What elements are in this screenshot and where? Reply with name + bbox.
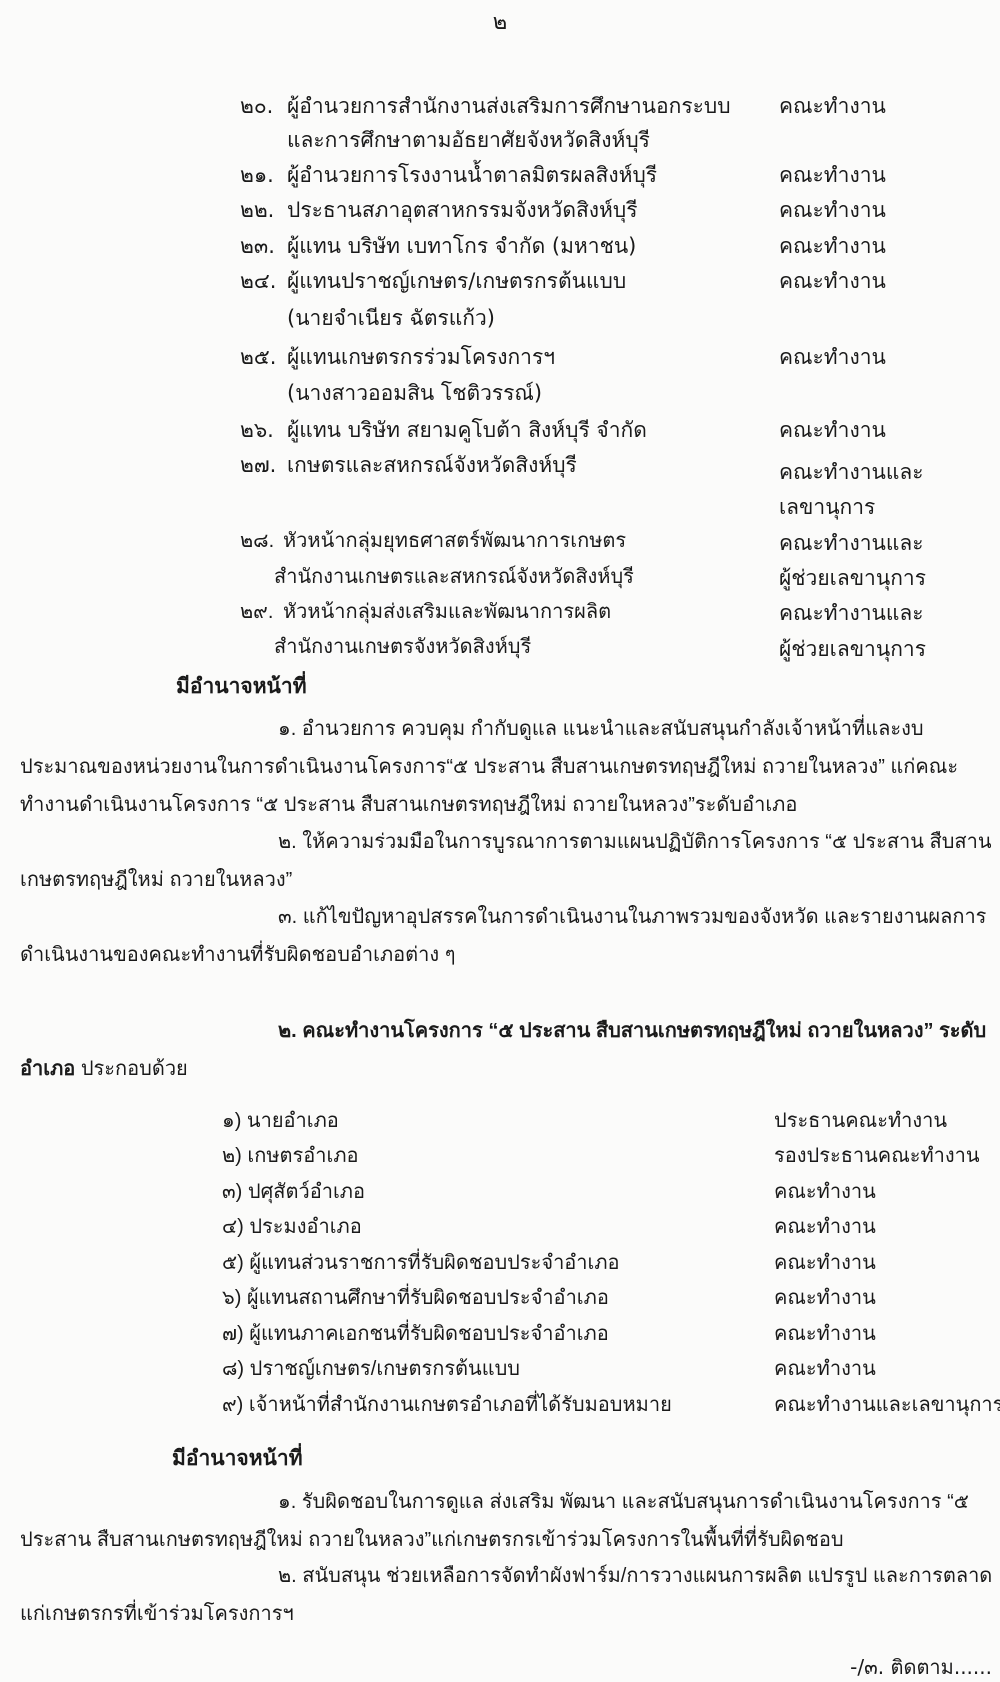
list-item: ๒๔. [240, 266, 276, 296]
role-text: คณะทำงาน [779, 266, 886, 296]
list-item: ๒๓. [240, 231, 275, 261]
role-text: คณะทำงาน [774, 1354, 876, 1384]
list-item: ๒๕. [240, 342, 276, 372]
role-text: คณะทำงาน [779, 91, 886, 121]
list-item: ๒๗. [240, 450, 276, 480]
role-text: คณะทำงาน [779, 160, 886, 190]
role-text: คณะทำงาน [774, 1212, 876, 1242]
role-text: คณะทำงาน [779, 415, 886, 445]
list-item: ๒๑. [240, 160, 274, 190]
list-item: ๒๐. [240, 91, 273, 121]
paragraph: ๒. ให้ความร่วมมือในการบูรณาการตามแผนปฏิบ… [20, 823, 995, 899]
role-text: คณะทำงาน [774, 1177, 876, 1207]
list-item: ๕) ผู้แทนส่วนราชการที่รับผิดชอบประจำอำเภ… [222, 1248, 620, 1278]
list-item-text: (นายจำเนียร ฉัตรแก้ว) [287, 303, 495, 333]
list-item: ๓) ปศุสัตว์อำเภอ [222, 1177, 365, 1207]
list-item-text: ผู้อำนวยการสำนักงานส่งเสริมการศึกษานอกระ… [287, 91, 731, 121]
list-item: ๔) ประมงอำเภอ [222, 1212, 362, 1242]
list-item-text: ผู้แทนปราชญ์เกษตร/เกษตรกรต้นแบบ [287, 266, 626, 296]
list-item-text: ผู้อำนวยการโรงงานน้ำตาลมิตรผลสิงห์บุรี [287, 160, 657, 190]
paragraph: ๓. แก้ไขปัญหาอุปสรรคในการดำเนินงานในภาพร… [20, 898, 995, 974]
paragraph: ๑. อำนวยการ ควบคุม กำกับดูแล แนะนำและสนั… [20, 710, 995, 824]
section-title-rest: ประกอบด้วย [75, 1058, 188, 1080]
role-text: คณะทำงาน [774, 1248, 876, 1278]
list-item: ๘) ปราชญ์เกษตร/เกษตรกรต้นแบบ [222, 1354, 520, 1384]
role-text: คณะทำงาน [774, 1319, 876, 1349]
list-item: ๑) นายอำเภอ [222, 1106, 339, 1136]
list-item-text: สำนักงานเกษตรและสหกรณ์จังหวัดสิงห์บุรี [274, 562, 634, 592]
list-item-text: และการศึกษาตามอัธยาศัยจังหวัดสิงห์บุรี [287, 125, 650, 155]
role-text: คณะทำงาน [779, 342, 886, 372]
role-text: ผู้ช่วยเลขานุการ [779, 563, 926, 593]
role-text: คณะทำงานและ [779, 457, 924, 487]
role-text: ประธานคณะทำงาน [774, 1106, 947, 1136]
continuation-note: -/๓. ติดตาม...... [850, 1652, 992, 1682]
role-text: เลขานุการ [779, 492, 875, 522]
section-heading: มีอำนาจหน้าที่ [172, 1444, 303, 1474]
page-number: ๒ [0, 4, 1000, 39]
role-text: คณะทำงานและ [779, 598, 924, 628]
paragraph: ๒. สนับสนุน ช่วยเหลือการจัดทำผังฟาร์ม/กา… [20, 1557, 995, 1633]
list-item: ๙) เจ้าหน้าที่สำนักงานเกษตรอำเภอที่ได้รั… [222, 1390, 672, 1420]
list-item: ๒๖. [240, 415, 274, 445]
list-item: ๗) ผู้แทนภาคเอกชนที่รับผิดชอบประจำอำเภอ [222, 1319, 609, 1349]
list-item: ๖) ผู้แทนสถานศึกษาที่รับผิดชอบประจำอำเภอ [222, 1283, 609, 1313]
list-item-text: ผู้แทนเกษตรกรร่วมโครงการฯ [287, 342, 555, 372]
role-text: คณะทำงาน [774, 1283, 876, 1313]
role-text: คณะทำงาน [779, 195, 886, 225]
list-item-text: ผู้แทน บริษัท เบทาโกร จำกัด (มหาชน) [287, 231, 636, 261]
list-item: ๒๙. [240, 597, 273, 627]
role-text: คณะทำงานและเลขานุการ [774, 1390, 1000, 1420]
role-text: คณะทำงาน [779, 231, 886, 261]
role-text: ผู้ช่วยเลขานุการ [779, 634, 926, 664]
section-title-bold2: อำเภอ [20, 1058, 75, 1080]
list-item-text: หัวหน้ากลุ่มส่งเสริมและพัฒนาการผลิต [283, 597, 611, 627]
section-heading: มีอำนาจหน้าที่ [176, 672, 307, 702]
list-item-text: สำนักงานเกษตรจังหวัดสิงห์บุรี [274, 632, 531, 662]
paragraph: ๑. รับผิดชอบในการดูแล ส่งเสริม พัฒนา และ… [20, 1483, 995, 1559]
list-item-text: ประธานสภาอุตสาหกรรมจังหวัดสิงห์บุรี [287, 195, 637, 225]
role-text: คณะทำงานและ [779, 528, 924, 558]
section-title: ๒. คณะทำงานโครงการ “๕ ประสาน สืบสานเกษตร… [20, 1012, 995, 1088]
section-title-bold: ๒. คณะทำงานโครงการ “๕ ประสาน สืบสานเกษตร… [278, 1020, 986, 1042]
list-item-text: (นางสาวออมสิน โชติวรรณ์) [287, 378, 542, 408]
role-text: รองประธานคณะทำงาน [774, 1141, 980, 1171]
list-item: ๒) เกษตรอำเภอ [222, 1141, 359, 1171]
list-item-text: หัวหน้ากลุ่มยุทธศาสตร์พัฒนาการเกษตร [283, 526, 626, 556]
list-item-text: เกษตรและสหกรณ์จังหวัดสิงห์บุรี [287, 450, 577, 480]
list-item: ๒๘. [240, 526, 274, 556]
list-item-text: ผู้แทน บริษัท สยามคูโบต้า สิงห์บุรี จำกั… [287, 415, 647, 445]
list-item: ๒๒. [240, 195, 274, 225]
